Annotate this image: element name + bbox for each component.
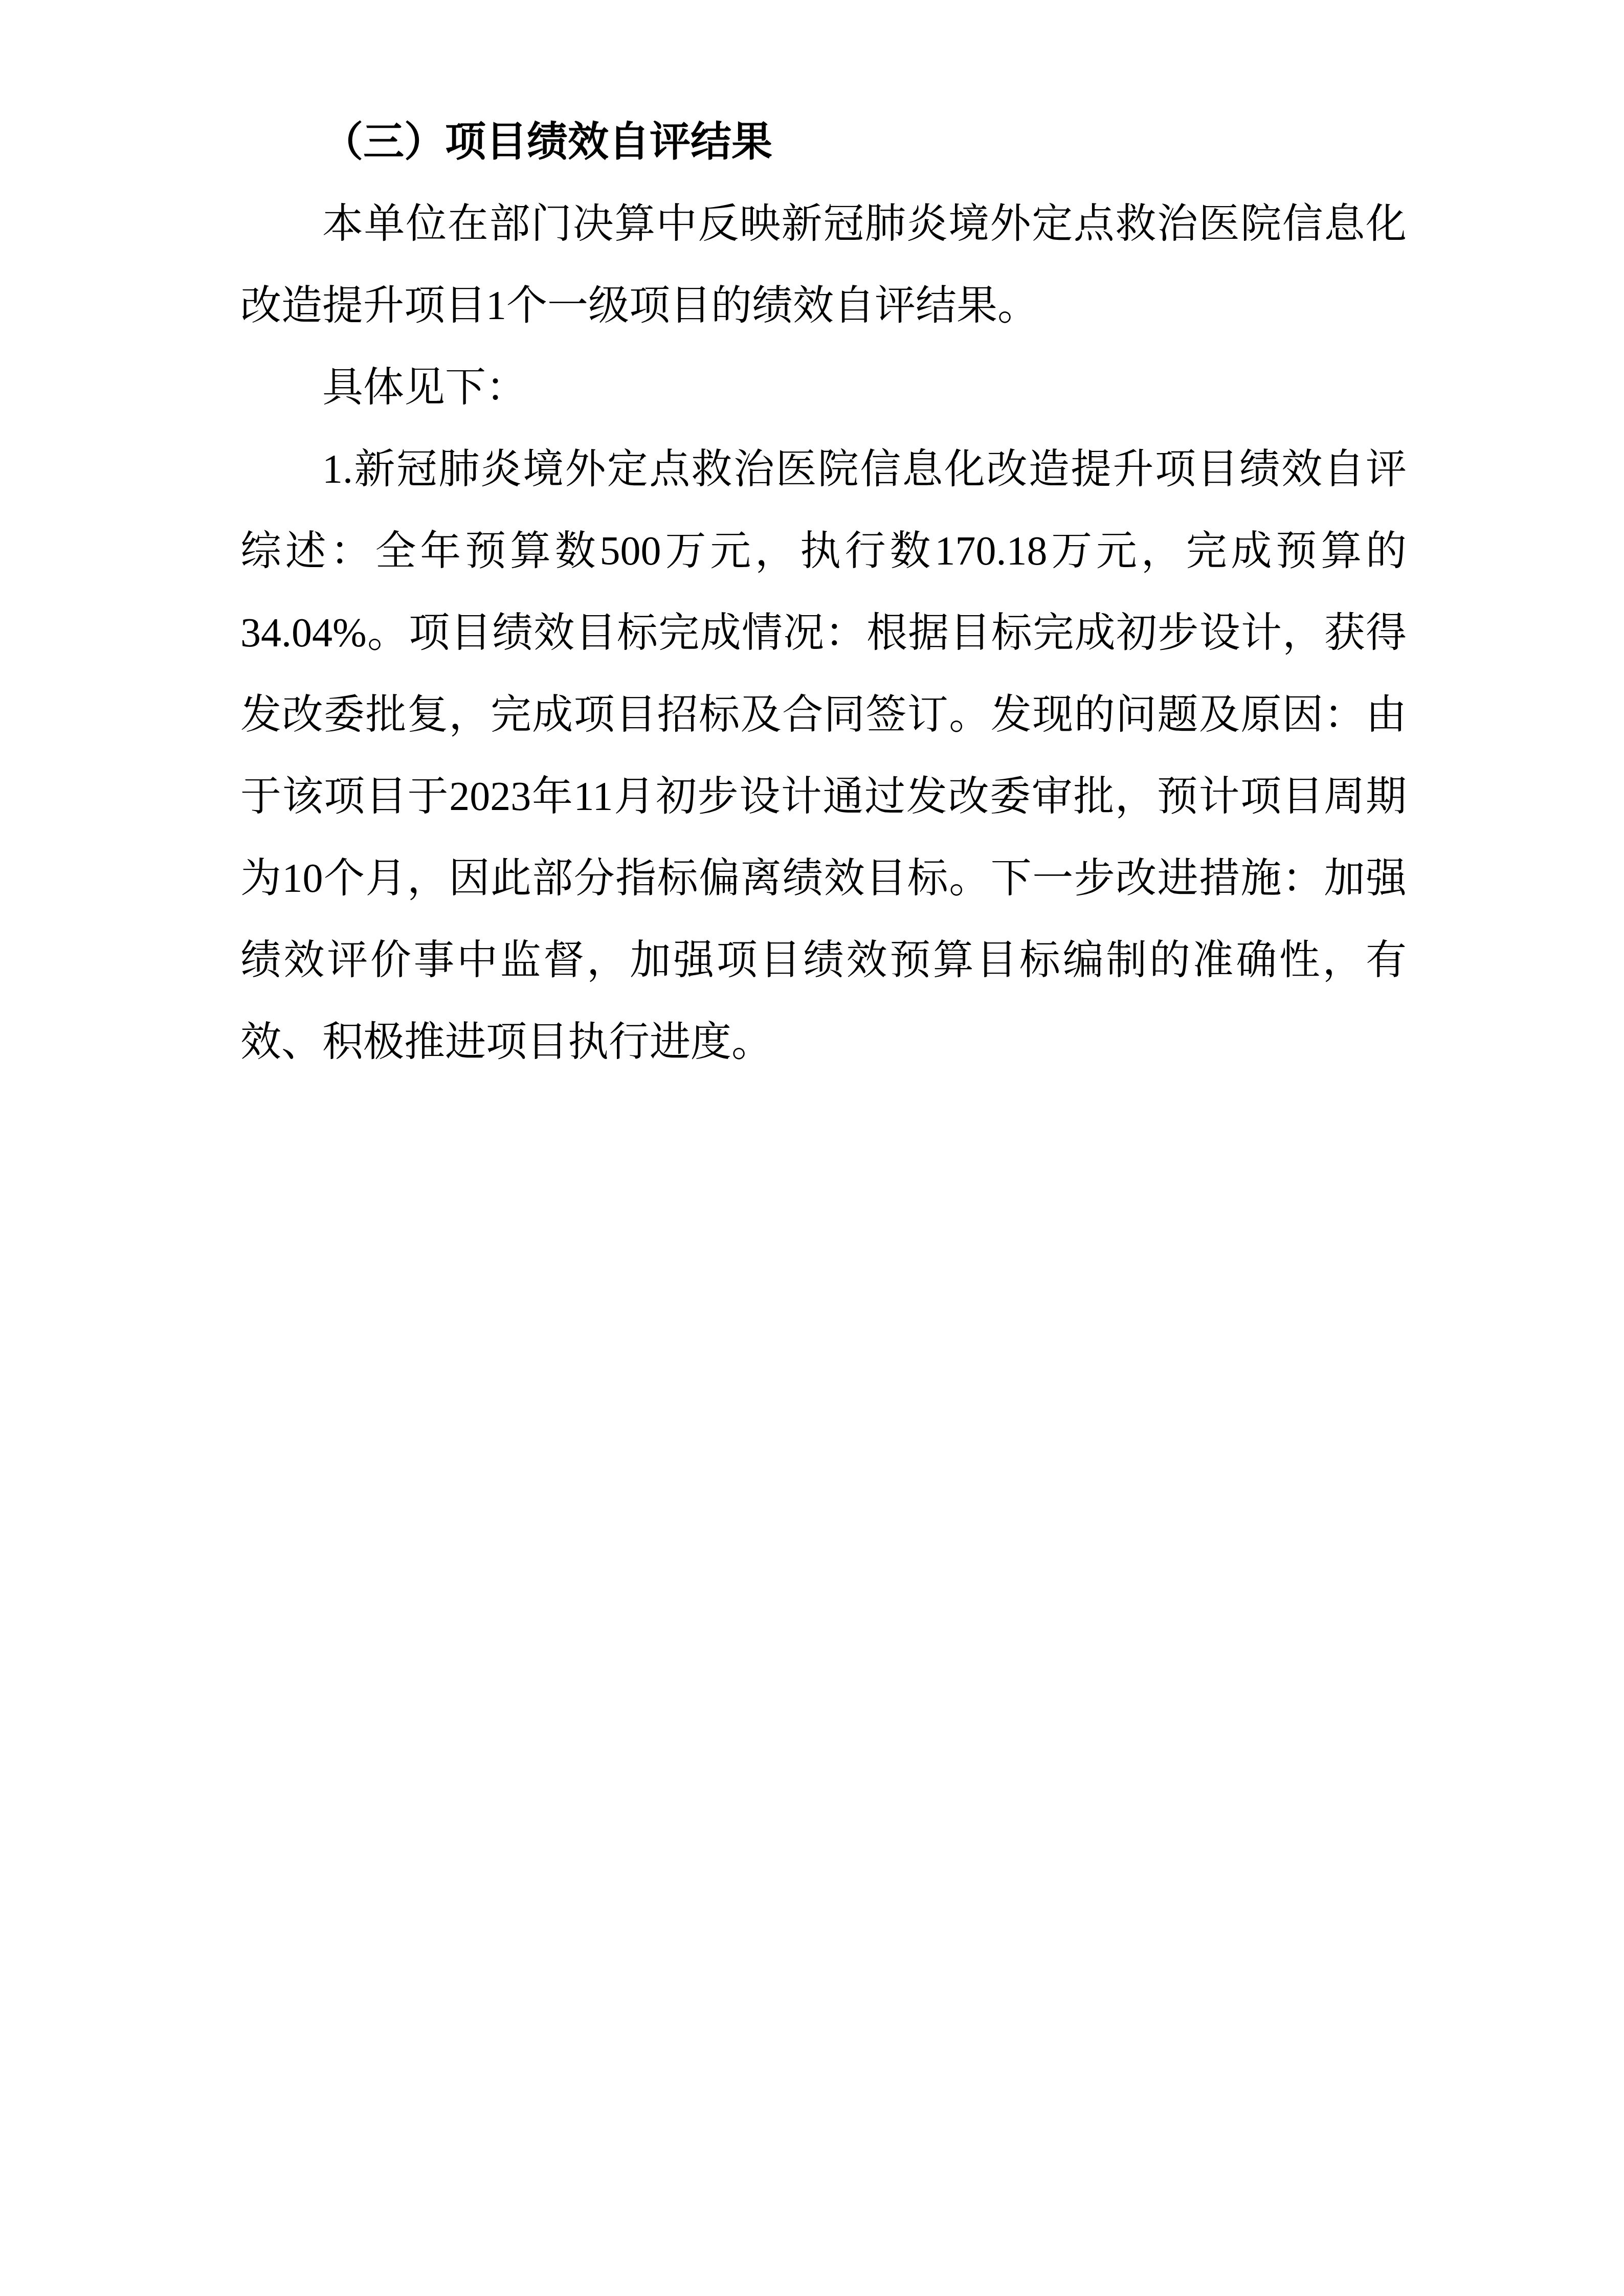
text-line: 为10个月，因此部分指标偏离绩效目标。下一步改进措施：加强 xyxy=(240,838,1407,919)
text-line: 综述：全年预算数500万元，执行数170.18万元，完成预算的 xyxy=(240,510,1407,592)
text-line: 于该项目于2023年11月初步设计通过发改委审批，预计项目周期 xyxy=(240,756,1407,838)
text-line: 发改委批复，完成项目招标及合同签订。发现的问题及原因：由 xyxy=(240,674,1407,756)
text-line: 本单位在部门决算中反映新冠肺炎境外定点救治医院信息化 xyxy=(240,183,1407,265)
document-body: （三）项目绩效自评结果 本单位在部门决算中反映新冠肺炎境外定点救治医院信息化 改… xyxy=(0,0,1624,1083)
text-line: 34.04%。项目绩效目标完成情况：根据目标完成初步设计，获得 xyxy=(240,592,1407,674)
text-line: 绩效评价事中监督，加强项目绩效预算目标编制的准确性，有 xyxy=(240,919,1407,1001)
document-page: （三）项目绩效自评结果 本单位在部门决算中反映新冠肺炎境外定点救治医院信息化 改… xyxy=(0,0,1624,2296)
section-heading: （三）项目绩效自评结果 xyxy=(240,101,1407,183)
text-line: 效、积极推进项目执行进度。 xyxy=(240,1001,1407,1083)
text-line: 改造提升项目1个一级项目的绩效自评结果。 xyxy=(240,265,1407,347)
text-line: 1.新冠肺炎境外定点救治医院信息化改造提升项目绩效自评 xyxy=(240,429,1407,510)
text-line: 具体见下： xyxy=(240,347,1407,429)
